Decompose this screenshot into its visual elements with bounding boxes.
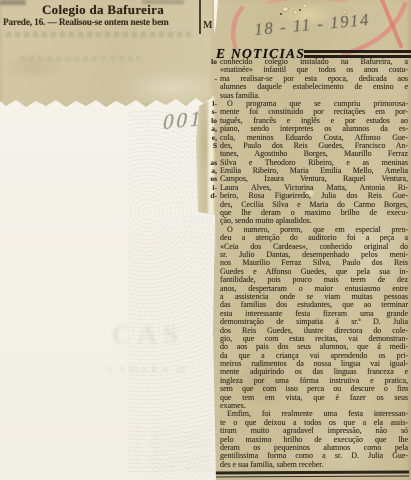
- scanned-newspaper-page: CAS CAMARA M Colegio da Bafureira Parede…: [0, 0, 411, 480]
- cut-off-letter: M: [203, 20, 212, 31]
- scan-noise-texture: [150, 430, 210, 480]
- article-line: des e sua familia, sabem receber.: [220, 461, 408, 469]
- left-clipping-fragment: Colegio da Bafureira Parede, 16. — Reali…: [0, 0, 214, 112]
- bleed-through-text: [6, 32, 194, 37]
- article-byline: Parede, 16. — Realisou-se ontem neste be…: [3, 18, 199, 28]
- fragment-char: d-: [201, 192, 217, 200]
- article-end-rule: [206, 470, 409, 477]
- ghost-stamp-text-large: CAS: [112, 320, 185, 350]
- bleed-through-text: [20, 56, 140, 61]
- dark-speck: [299, 9, 301, 11]
- dark-speck: [280, 13, 282, 15]
- article-headline: Colegio da Bafureira: [0, 2, 206, 18]
- glue-speck: [303, 4, 307, 8]
- glue-speck: [282, 6, 289, 12]
- article-line: que tem em vista, que é fazer os seus: [220, 394, 408, 402]
- ghost-stamp-text-small: CAMARA M: [108, 364, 188, 376]
- handwritten-date: 18 - 11 - 1914: [253, 6, 411, 40]
- right-clipping-article: 18 - 11 - 1914 E NOTICIAS lo - l-s-loa,e…: [196, 0, 411, 480]
- column-rule: [199, 0, 201, 34]
- glue-speck: [293, 10, 298, 15]
- article-text-block: conhecido colegio instalado na Bafureira…: [220, 58, 408, 469]
